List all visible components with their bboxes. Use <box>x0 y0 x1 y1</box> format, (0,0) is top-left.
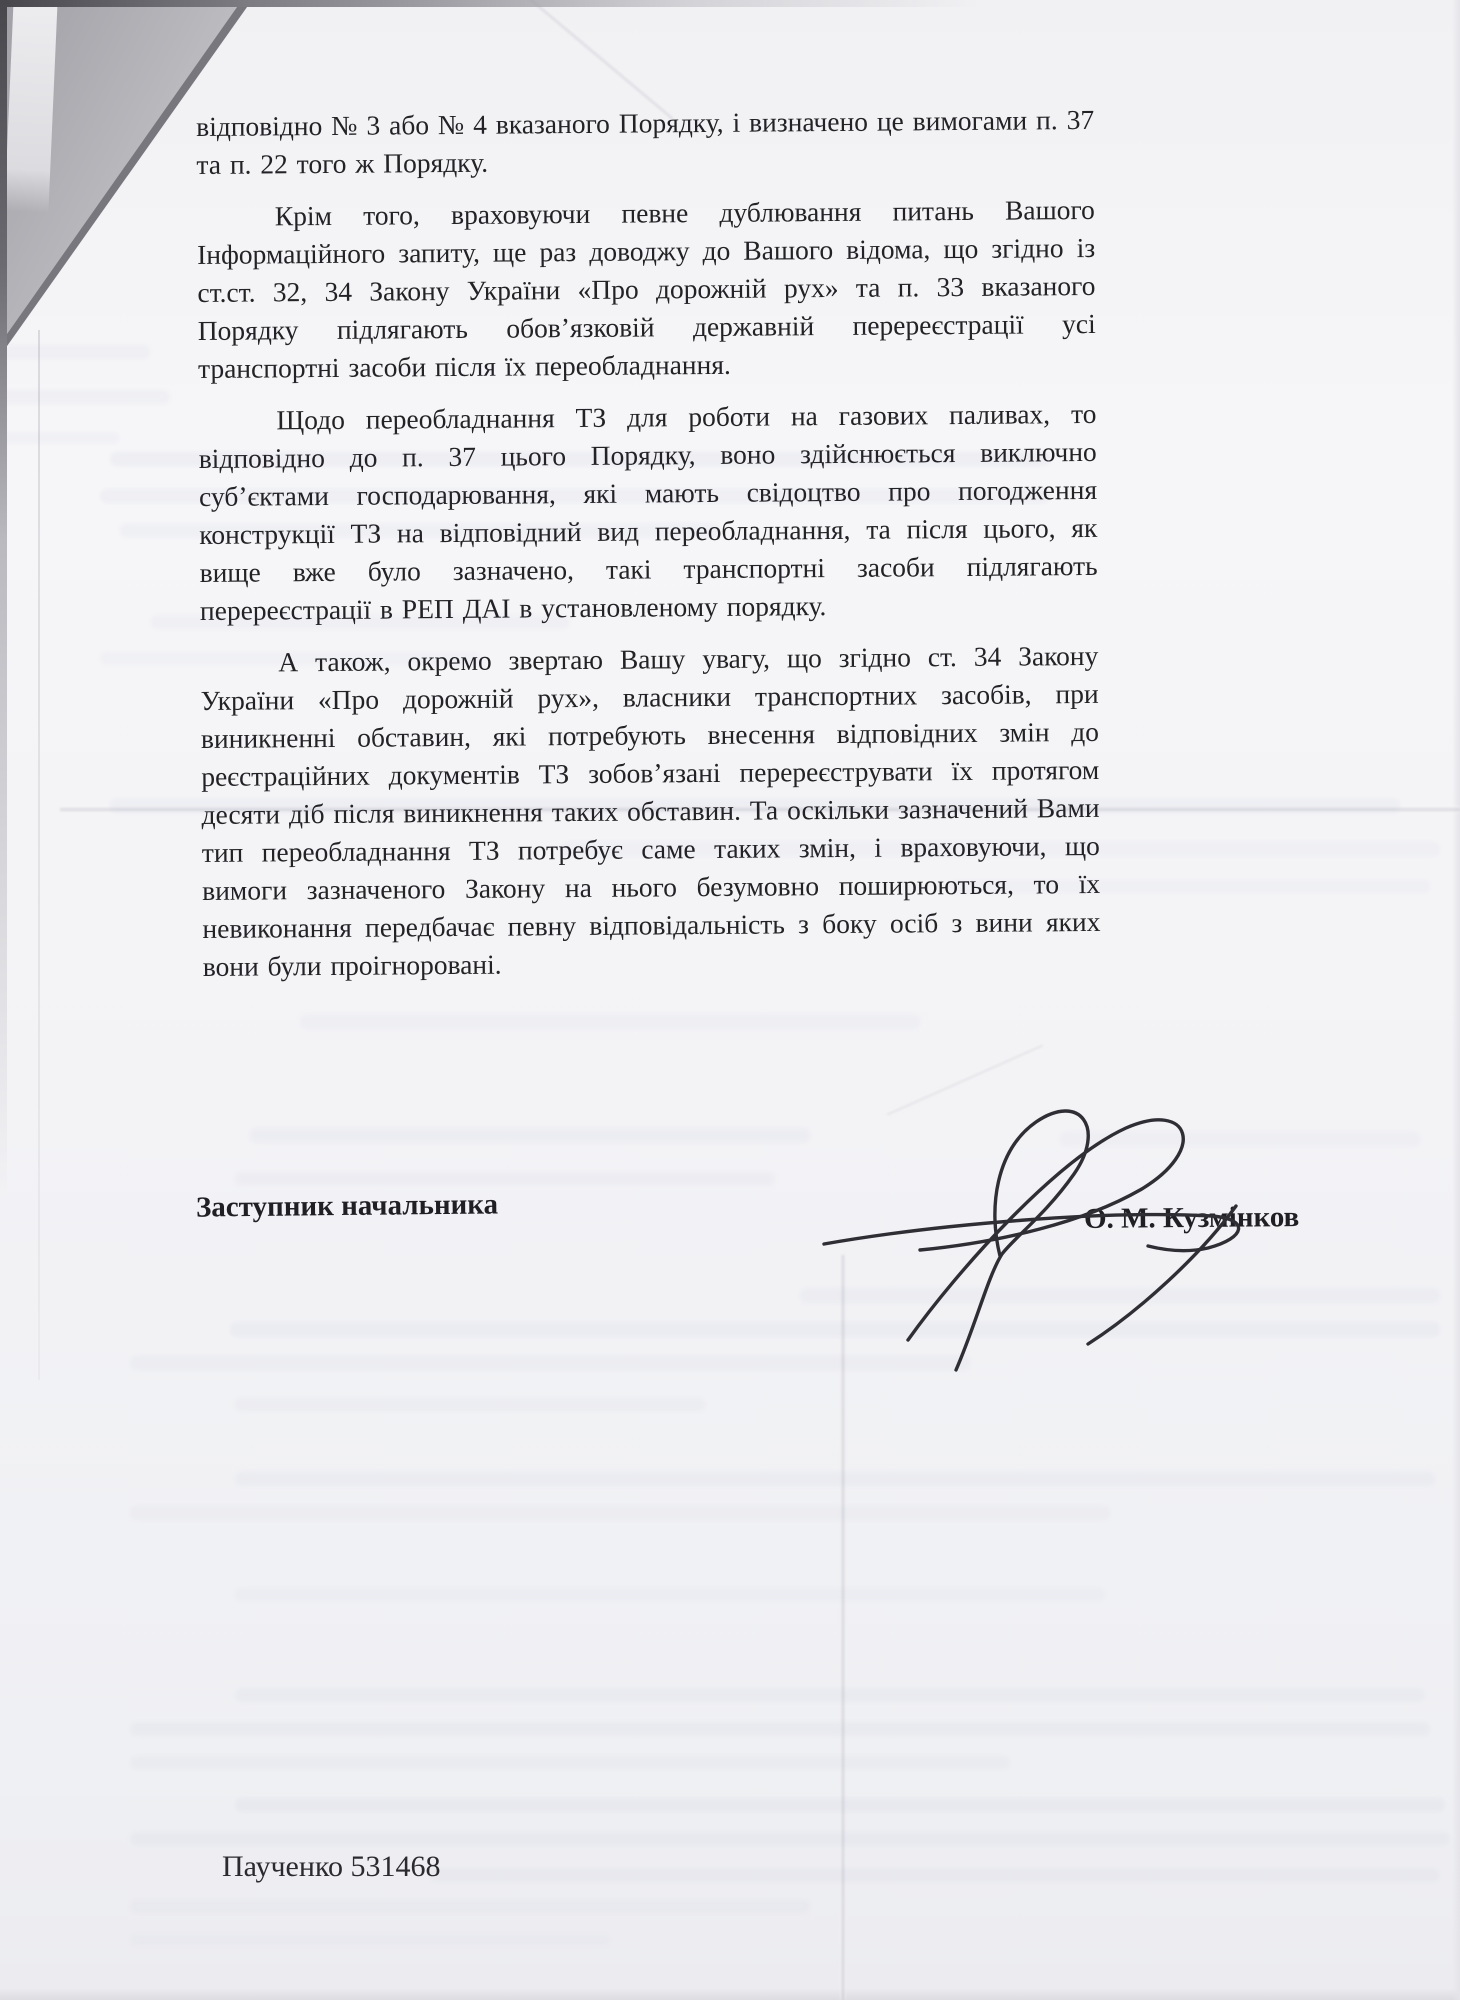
bleed-through-line <box>0 432 120 444</box>
scan-edge-top <box>0 0 980 7</box>
paragraph: А також, окремо звертаю Вашу увагу, що з… <box>200 637 1101 986</box>
bleed-through-line <box>0 345 150 359</box>
scanned-letter-page: відповідно № 3 або № 4 вказаного Порядку… <box>0 0 1460 2000</box>
bleed-through-line <box>130 1934 610 1946</box>
bleed-through-line <box>430 1868 1440 1882</box>
paragraph: Щодо переобладнання ТЗ для роботи на газ… <box>198 395 1098 630</box>
folded-corner-highlight <box>4 0 57 213</box>
bleed-through-line <box>235 1172 775 1186</box>
handwritten-signature <box>788 1088 1298 1378</box>
signer-title: Заступник начальника <box>196 1188 498 1224</box>
bleed-through-line <box>235 1398 705 1411</box>
bleed-through-line <box>130 1900 810 1913</box>
paragraph: Крім того, враховуючи певне дублювання п… <box>197 191 1096 388</box>
bleed-through-line <box>235 1688 1425 1702</box>
bleed-through-line <box>235 1588 1105 1601</box>
bleed-through-line <box>130 1722 1430 1736</box>
bleed-through-line <box>300 1015 920 1029</box>
bleed-through-line <box>235 1472 1435 1486</box>
bleed-through-line <box>0 390 170 404</box>
letter-body: відповідно № 3 або № 4 вказаного Порядку… <box>196 101 1101 1000</box>
bleed-through-line <box>130 1506 1110 1520</box>
bleed-through-line <box>235 1798 1445 1812</box>
bleed-through-line <box>130 1756 1010 1769</box>
paragraph: відповідно № 3 або № 4 вказаного Порядку… <box>196 101 1095 184</box>
bleed-through-line <box>130 1832 1450 1846</box>
scan-edge-left <box>0 0 7 1200</box>
executor-note: Паученко 531468 <box>222 1850 440 1884</box>
bleed-through-line <box>250 1128 810 1143</box>
